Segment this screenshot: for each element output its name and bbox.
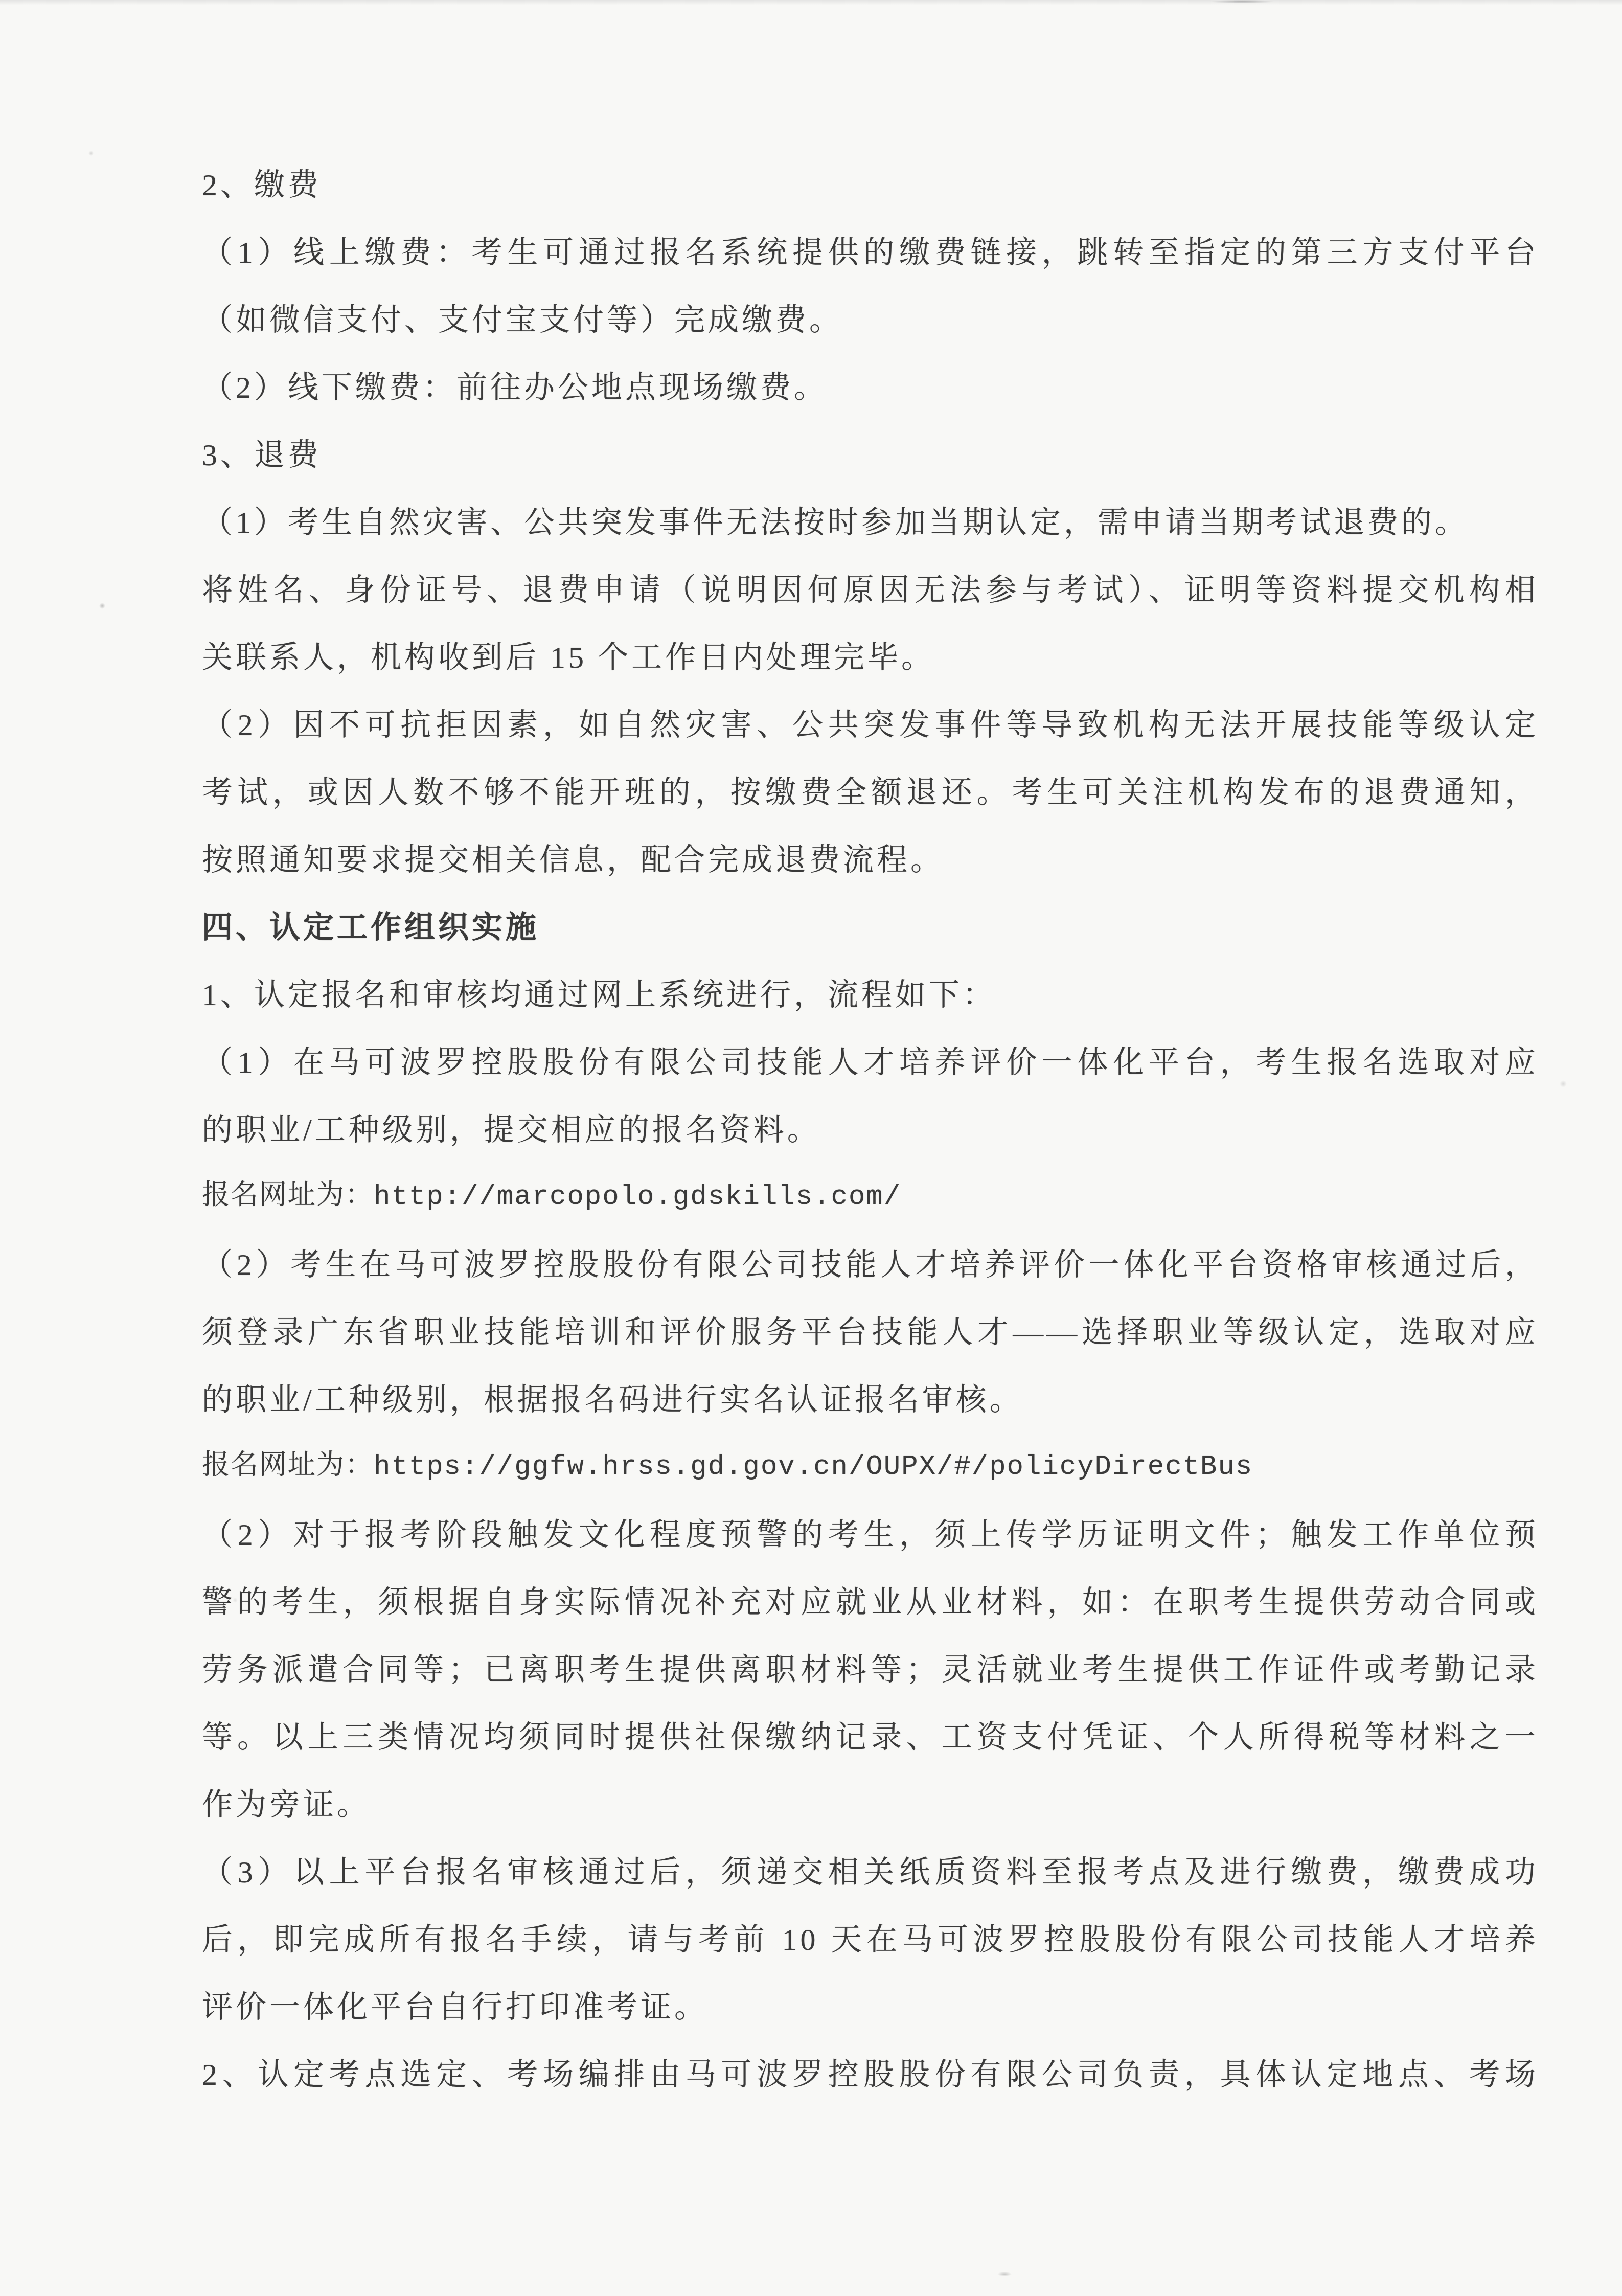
text-line: （2）因不可抗拒因素，如自然灾害、公共突发事件等导致机构无法开展技能等级认定 <box>202 691 1539 759</box>
text-line: 的职业/工种级别，根据报名码进行实名认证报名审核。 <box>202 1366 1539 1434</box>
text-line: 考试，或因人数不够不能开班的，按缴费全额退还。考生可关注机构发布的退费通知， <box>202 759 1539 826</box>
text-line: 2、认定考点选定、考场编排由马可波罗控股股份有限公司负责，具体认定地点、考场 <box>202 2041 1539 2108</box>
text-line: 警的考生，须根据自身实际情况补充对应就业从业材料，如：在职考生提供劳动合同或 <box>202 1568 1539 1636</box>
text-line: 按照通知要求提交相关信息，配合完成退费流程。 <box>202 826 1539 894</box>
text-line: （1）在马可波罗控股股份有限公司技能人才培养评价一体化平台，考生报名选取对应 <box>202 1029 1539 1096</box>
text-line: 报名网址为：https://ggfw.hrss.gd.gov.cn/OUPX/#… <box>202 1434 1539 1501</box>
text-line: 关联系人，机构收到后 15 个工作日内处理完毕。 <box>202 624 1539 691</box>
text-line: 将姓名、身份证号、退费申请（说明因何原因无法参与考试）、证明等资料提交机构相 <box>202 556 1539 624</box>
text-line: 等。以上三类情况均须同时提供社保缴纳记录、工资支付凭证、个人所得税等材料之一 <box>202 1703 1539 1771</box>
document-body: 2、缴费（1）线上缴费：考生可通过报名系统提供的缴费链接，跳转至指定的第三方支付… <box>202 151 1539 2108</box>
text-line: （1）考生自然灾害、公共突发事件无法按时参加当期认定，需申请当期考试退费的。 <box>202 489 1539 556</box>
text-line: 1、认定报名和审核均通过网上系统进行，流程如下： <box>202 961 1539 1029</box>
text-line: 四、认定工作组织实施 <box>202 894 1539 961</box>
scanned-document-page: 2、缴费（1）线上缴费：考生可通过报名系统提供的缴费链接，跳转至指定的第三方支付… <box>0 0 1622 2296</box>
text-line: 后，即完成所有报名手续，请与考前 10 天在马可波罗控股股份有限公司技能人才培养 <box>202 1906 1539 1973</box>
text-line: 作为旁证。 <box>202 1771 1539 1838</box>
text-line: 的职业/工种级别，提交相应的报名资料。 <box>202 1096 1539 1164</box>
text-line: （如微信支付、支付宝支付等）完成缴费。 <box>202 286 1539 354</box>
text-line: 3、退费 <box>202 421 1539 489</box>
text-line: 2、缴费 <box>202 151 1539 219</box>
text-line: （2）线下缴费：前往办公地点现场缴费。 <box>202 354 1539 421</box>
text-line: 须登录广东省职业技能培训和评价服务平台技能人才——选择职业等级认定，选取对应 <box>202 1299 1539 1366</box>
text-line: 劳务派遣合同等；已离职考生提供离职材料等；灵活就业考生提供工作证件或考勤记录 <box>202 1636 1539 1703</box>
text-line: （1）线上缴费：考生可通过报名系统提供的缴费链接，跳转至指定的第三方支付平台 <box>202 219 1539 286</box>
text-line: 报名网址为：http://marcopolo.gdskills.com/ <box>202 1164 1539 1231</box>
text-line: （2）对于报考阶段触发文化程度预警的考生，须上传学历证明文件；触发工作单位预 <box>202 1501 1539 1568</box>
text-line: （2）考生在马可波罗控股股份有限公司技能人才培养评价一体化平台资格审核通过后， <box>202 1231 1539 1299</box>
text-line: 评价一体化平台自行打印准考证。 <box>202 1973 1539 2041</box>
text-line: （3）以上平台报名审核通过后，须递交相关纸质资料至报考点及进行缴费，缴费成功 <box>202 1838 1539 1906</box>
